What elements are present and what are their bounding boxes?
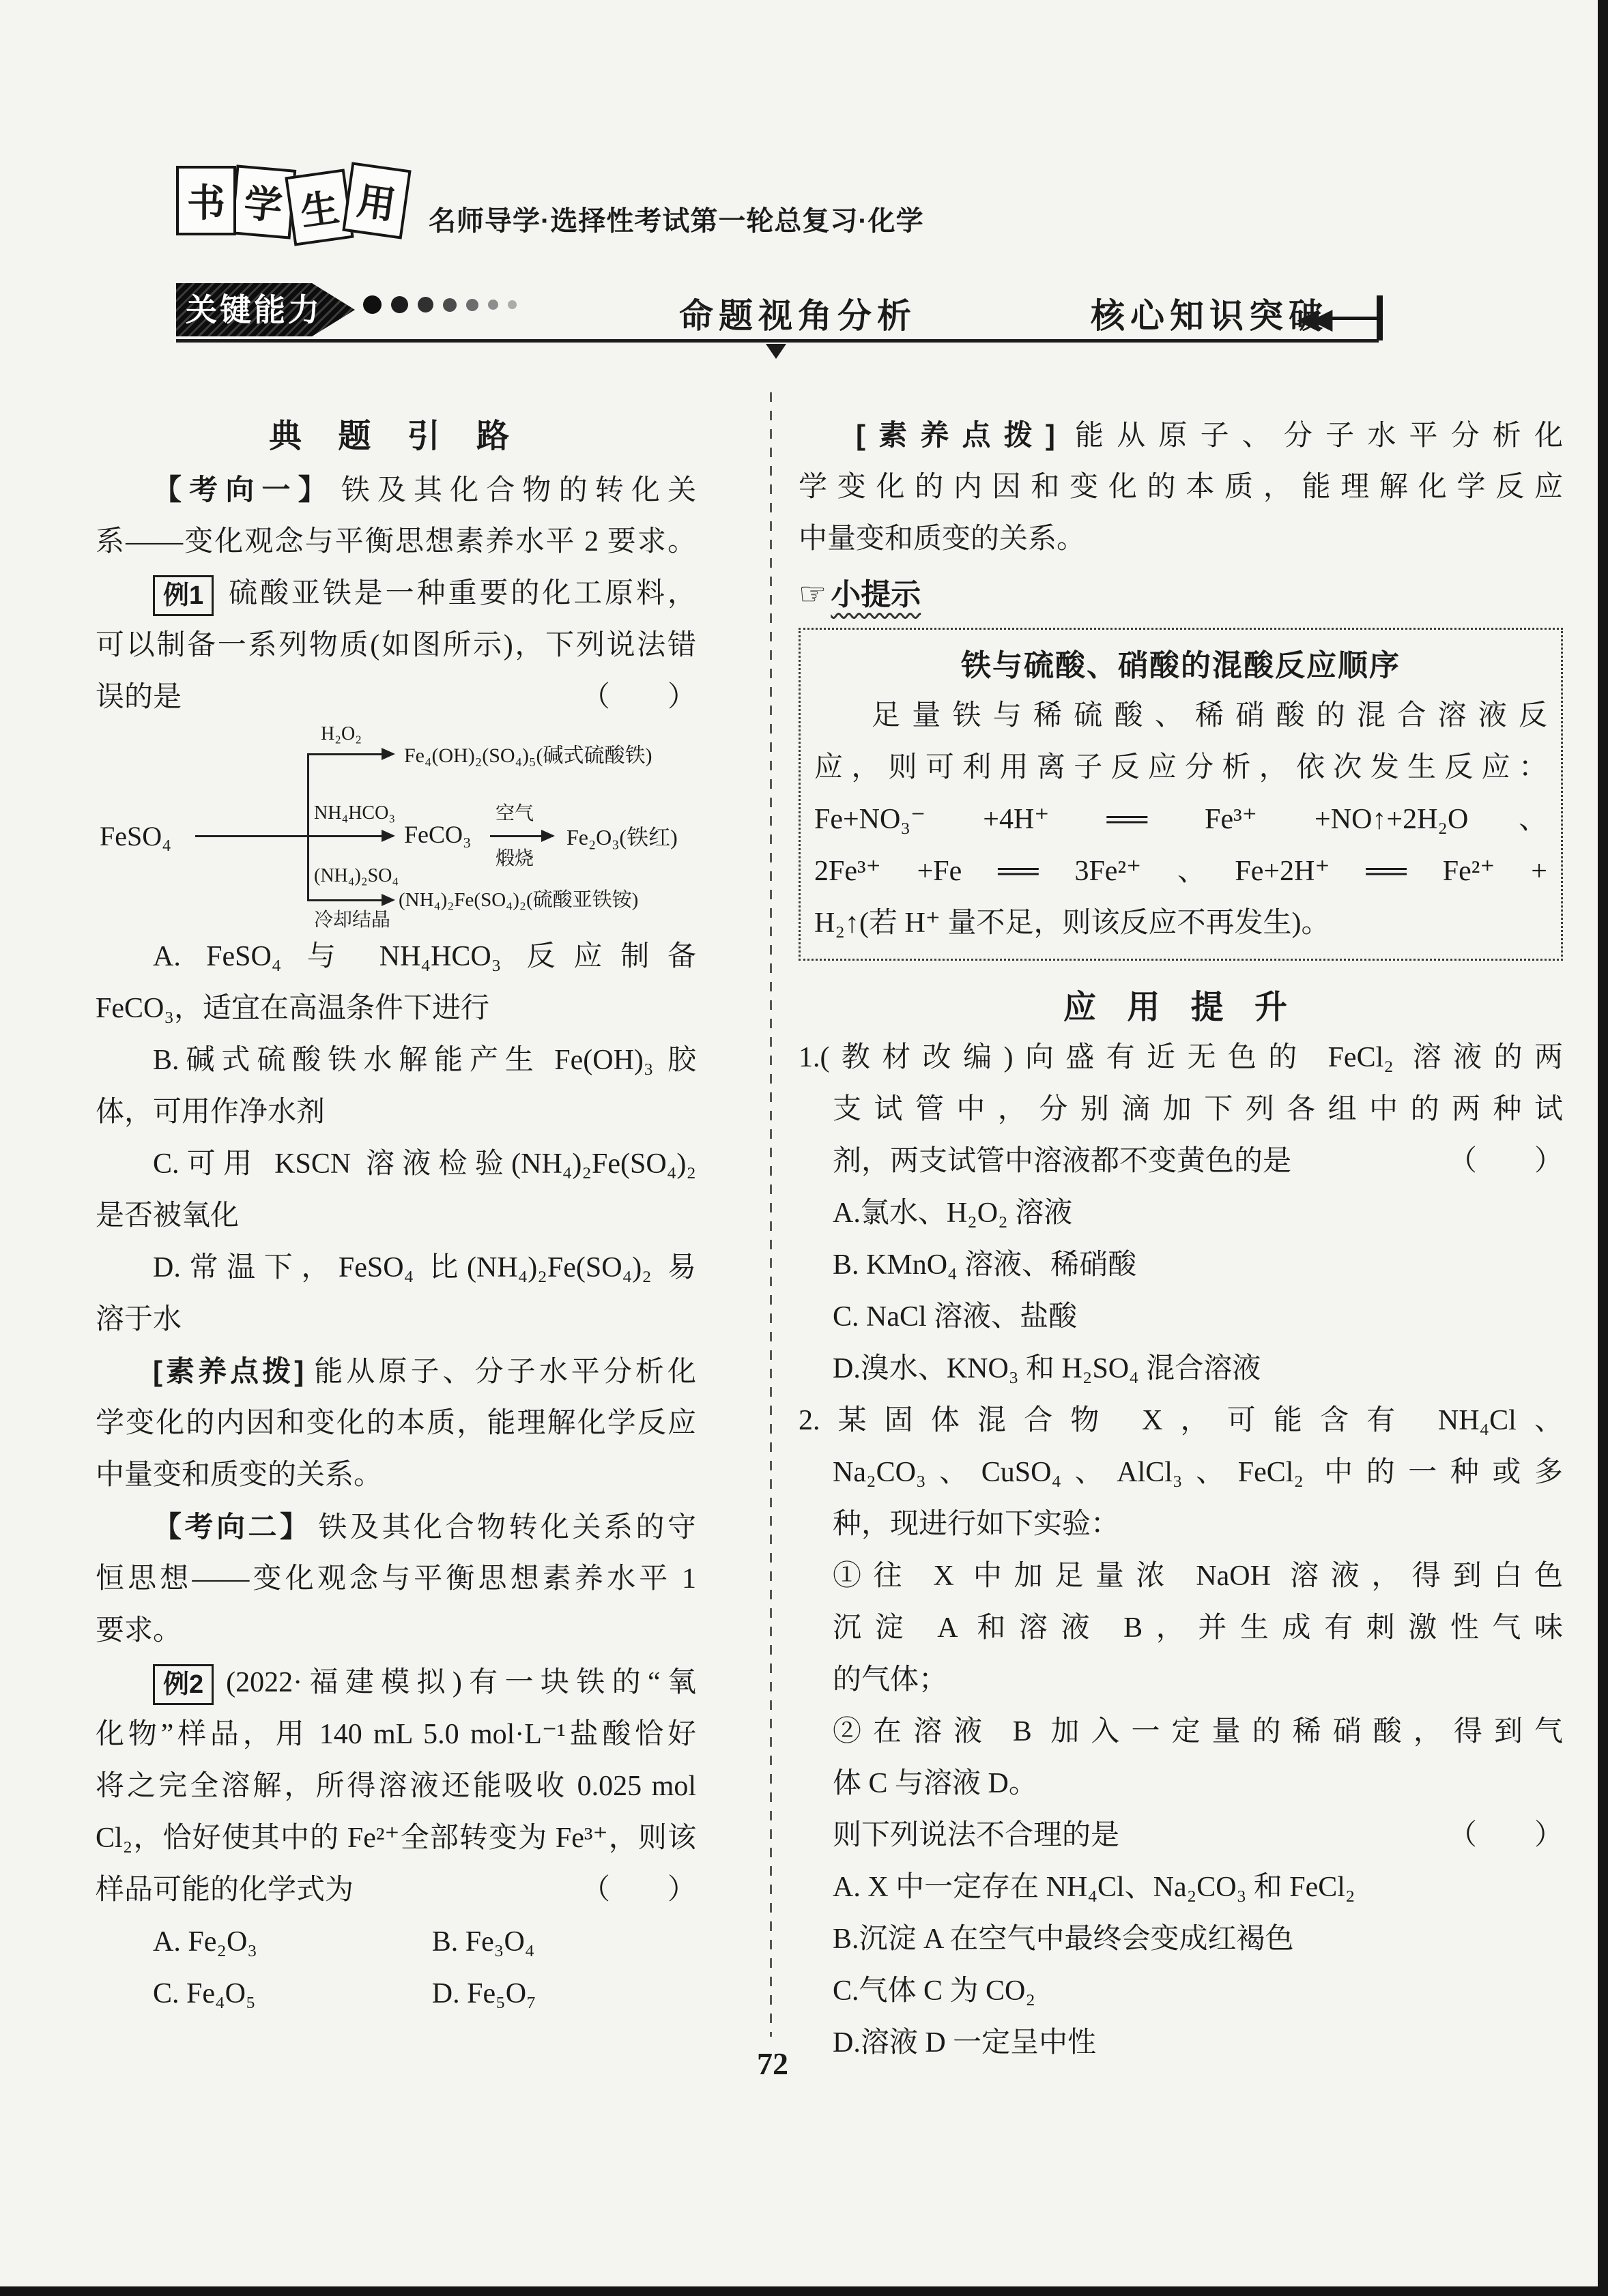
banner-title-right: 核心知识突破 bbox=[1091, 289, 1328, 338]
line-right-text: （ ） bbox=[582, 671, 696, 723]
line-text: (2022·福建模拟)有一块铁的“氧 bbox=[226, 1667, 696, 1698]
dot-icon bbox=[391, 296, 408, 313]
bold-label: 【考向二】 bbox=[153, 1511, 312, 1543]
line-text: 能从原子、分子水平分析化 bbox=[311, 1356, 696, 1388]
section-title-diantiyinlu: 典 题 引 路 bbox=[96, 409, 696, 464]
dot-icon bbox=[363, 295, 382, 314]
line-text: 化物”样品，用 140 mL 5.0 mol·L⁻¹盐酸恰好 bbox=[96, 1719, 696, 1750]
line-text: C. Fe₄O₅ bbox=[153, 1978, 256, 2009]
line-text: C. NaCl 溶液、盐酸 bbox=[833, 1301, 1077, 1333]
bold-label: [素养点拨] bbox=[856, 419, 1055, 451]
text-line: 沉淀 A 和溶液 B，并生成有刺激性气味 bbox=[799, 1602, 1563, 1654]
tip-text-line: 2Fe³⁺ +Fe ══ 3Fe²⁺ 、Fe+2H⁺ ══ Fe²⁺ + bbox=[814, 845, 1547, 897]
line-text: 学变化的内因和变化的本质，能理解化学反应 bbox=[96, 1408, 696, 1439]
line-right-text: （ ） bbox=[1448, 1135, 1563, 1187]
stem-line bbox=[195, 835, 307, 837]
product-3: (NH₄)₂Fe(SO₄)₂(硫酸亚铁铵) bbox=[399, 884, 638, 912]
text-line: 例2(2022·福建模拟)有一块铁的“氧 bbox=[96, 1657, 696, 1709]
text-line: 系——变化观念与平衡思想素养水平 2 要求。 bbox=[96, 516, 696, 568]
text-line: 剂，两支试管中溶液都不变黄色的是（ ） bbox=[799, 1135, 1563, 1187]
line-text: 剂，两支试管中溶液都不变黄色的是 bbox=[833, 1146, 1291, 1177]
bold-label: 【考向一】 bbox=[153, 474, 334, 506]
line-text: 体 C 与溶液 D。 bbox=[833, 1768, 1037, 1799]
column-divider bbox=[770, 392, 772, 2037]
text-line: 种，现进行如下实验： bbox=[799, 1498, 1563, 1550]
condition-top: 空气 bbox=[496, 798, 534, 826]
line-text: Fe+NO₃⁻ +4H⁺ ══ Fe³⁺ +NO↑+2H₂O、 bbox=[814, 804, 1547, 835]
line-text: 的气体； bbox=[833, 1664, 947, 1696]
keyword-badge: 关键能力 bbox=[176, 283, 355, 336]
tip-text-line: 足量铁与稀硫酸、稀硝酸的混合溶液反 bbox=[814, 690, 1547, 742]
arrow-2-icon bbox=[307, 835, 393, 837]
text-line: 样品可能的化学式为（ ） bbox=[96, 1864, 696, 1916]
line-text: 硫酸亚铁是一种重要的化工原料， bbox=[226, 578, 696, 609]
text-line: 支试管中，分别滴加下列各组中的两种试 bbox=[799, 1084, 1563, 1135]
line-text: 可以制备一系列物质(如图所示)，下列说法错 bbox=[96, 630, 696, 661]
text-line: B.碱式硫酸铁水解能产生 Fe(OH)₃ 胶 bbox=[96, 1034, 696, 1086]
text-line: D.常温下，FeSO₄ 比(NH₄)₂Fe(SO₄)₂ 易 bbox=[96, 1242, 696, 1294]
line-text: 要求。 bbox=[96, 1615, 182, 1646]
line-right-text: （ ） bbox=[582, 1864, 696, 1916]
text-line: 是否被氧化 bbox=[96, 1190, 696, 1242]
text-line: 中量变和质变的关系。 bbox=[96, 1449, 696, 1501]
text-line: ②在溶液 B 加入一定量的稀硝酸，得到气 bbox=[799, 1706, 1563, 1758]
text-line: 则下列说法不合理的是（ ） bbox=[799, 1810, 1563, 1861]
text-line: A.氯水、H₂O₂ 溶液 bbox=[799, 1187, 1563, 1239]
text-line: 【考向二】铁及其化合物转化关系的守 bbox=[96, 1501, 696, 1553]
text-line: Na₂CO₃、CuSO₄、AlCl₃、FeCl₂ 中的一种或多 bbox=[799, 1447, 1563, 1498]
text-line: B.沉淀 A 在空气中最终会变成红褐色 bbox=[799, 1913, 1563, 1965]
tip-box-title: 铁与硫酸、硝酸的混酸反应顺序 bbox=[814, 642, 1547, 690]
line-text: D.溴水、KNO₃ 和 H₂SO₄ 混合溶液 bbox=[833, 1353, 1261, 1384]
line-text: 能从原子、分子水平分析化 bbox=[1062, 420, 1563, 452]
line-text: 铁及其化合物转化关系的守 bbox=[319, 1512, 696, 1543]
arrow-3-icon bbox=[307, 899, 393, 901]
line-text: 中量变和质变的关系。 bbox=[96, 1459, 382, 1491]
text-line: Cl₂，恰好使其中的 Fe²⁺全部转变为 Fe³⁺，则该 bbox=[96, 1812, 696, 1864]
branch-line bbox=[307, 755, 309, 901]
bold-label: [素养点拨] bbox=[153, 1355, 304, 1387]
line-text: C.可用 KSCN 溶液检验(NH₄)₂Fe(SO₄)₂ bbox=[153, 1148, 696, 1180]
text-line: 学变化的内因和变化的本质，能理解化学反应 bbox=[799, 461, 1563, 513]
line-text: A. Fe₂O₃ bbox=[153, 1926, 257, 1958]
text-line: A. FeSO₄ 与 NH₄HCO₃ 反应制备 bbox=[96, 931, 696, 983]
line-text: FeCO₃，适宜在高温条件下进行 bbox=[96, 993, 489, 1024]
text-line: 误的是（ ） bbox=[96, 671, 696, 723]
logo-card: 生 bbox=[285, 169, 354, 246]
example-label: 例2 bbox=[153, 1664, 214, 1705]
text-line: C. Fe₄O₅D. Fe₅O₇ bbox=[96, 1968, 696, 2020]
line-text: A. X 中一定存在 NH₄Cl、Na₂CO₃ 和 FeCl₂ bbox=[833, 1872, 1355, 1903]
line-text: ①往 X 中加足量浓 NaOH 溶液，得到白色 bbox=[833, 1560, 1563, 1592]
line-right-text: B. Fe₃O₄ bbox=[432, 1916, 535, 1968]
text-line: D.溴水、KNO₃ 和 H₂SO₄ 混合溶液 bbox=[799, 1343, 1563, 1395]
text-line: C.气体 C 为 CO₂ bbox=[799, 1965, 1563, 2017]
text-line: 学变化的内因和变化的本质，能理解化学反应 bbox=[96, 1397, 696, 1449]
line-text: 足量铁与稀硫酸、稀硝酸的混合溶液反 bbox=[872, 700, 1547, 731]
text-line: 溶于水 bbox=[96, 1294, 696, 1346]
banner-pointer-icon bbox=[766, 344, 786, 359]
text-line: 体 C 与溶液 D。 bbox=[799, 1758, 1563, 1810]
tip-text-line: Fe+NO₃⁻ +4H⁺ ══ Fe³⁺ +NO↑+2H₂O、 bbox=[814, 794, 1547, 845]
dot-icon bbox=[443, 298, 457, 312]
dot-icon bbox=[418, 297, 433, 313]
text-line: C. NaCl 溶液、盐酸 bbox=[799, 1291, 1563, 1343]
dot-icon bbox=[466, 299, 478, 311]
line-text: 铁及其化合物的转化关 bbox=[341, 475, 696, 506]
text-line: 恒思想——变化观念与平衡思想素养水平 1 bbox=[96, 1553, 696, 1605]
line-text: B.沉淀 A 在空气中最终会变成红褐色 bbox=[833, 1923, 1294, 1955]
line-text: 1.(教材改编)向盛有近无色的 FeCl₂ 溶液的两 bbox=[799, 1042, 1563, 1073]
text-line: A. X 中一定存在 NH₄Cl、Na₂CO₃ 和 FeCl₂ bbox=[799, 1861, 1563, 1913]
line-text: 支试管中，分别滴加下列各组中的两种试 bbox=[833, 1094, 1563, 1125]
left-column: 典 题 引 路 【考向一】铁及其化合物的转化关 系——变化观念与平衡思想素养水平… bbox=[96, 409, 696, 2020]
progress-dots bbox=[363, 295, 517, 314]
text-line: C.可用 KSCN 溶液检验(NH₄)₂Fe(SO₄)₂ bbox=[96, 1138, 696, 1190]
line-right-text: （ ） bbox=[1448, 1810, 1563, 1861]
line-text: 系——变化观念与平衡思想素养水平 2 要求。 bbox=[96, 526, 696, 557]
source-formula: FeSO₄ bbox=[100, 820, 171, 852]
text-line: 化物”样品，用 140 mL 5.0 mol·L⁻¹盐酸恰好 bbox=[96, 1709, 696, 1760]
section-banner: 关键能力 命题视角分析 核心知识突破 ◀◀ bbox=[0, 276, 1608, 358]
line-text: 体，可用作净水剂 bbox=[96, 1096, 325, 1128]
publisher-logo: 学 生 用 书 bbox=[176, 166, 422, 248]
line-text: 样品可能的化学式为 bbox=[96, 1874, 354, 1906]
text-line: [素养点拨]能从原子、分子水平分析化 bbox=[96, 1346, 696, 1397]
text-line: A. Fe₂O₃B. Fe₃O₄ bbox=[96, 1916, 696, 1968]
text-line: B. KMnO₄ 溶液、稀硝酸 bbox=[799, 1239, 1563, 1291]
line-text: 应，则可利用离子反应分析，依次发生反应： bbox=[814, 752, 1547, 783]
line-text: B.碱式硫酸铁水解能产生 Fe(OH)₃ 胶 bbox=[153, 1045, 696, 1076]
back-arrows: ◀◀ bbox=[1297, 295, 1383, 340]
text-line: 可以制备一系列物质(如图所示)，下列说法错 bbox=[96, 620, 696, 671]
product-2: Fe₂O₃(铁红) bbox=[566, 820, 678, 852]
tip-text-line: 应，则可利用离子反应分析，依次发生反应： bbox=[814, 742, 1547, 794]
header-subtitle: 名师导学·选择性考试第一轮总复习·化学 bbox=[429, 199, 924, 238]
text-line: 体，可用作净水剂 bbox=[96, 1086, 696, 1138]
text-line: 将之完全溶解，所得溶液还能吸收 0.025 mol bbox=[96, 1760, 696, 1812]
condition-bottom: 煅烧 bbox=[496, 843, 534, 871]
line-text: A.氯水、H₂O₂ 溶液 bbox=[833, 1197, 1072, 1229]
line-text: 则下列说法不合理的是 bbox=[833, 1820, 1119, 1851]
text-line: 的气体； bbox=[799, 1654, 1563, 1706]
line-right-text: D. Fe₅O₇ bbox=[432, 1968, 536, 2020]
reagent-label-2: NH₄HCO₃ bbox=[314, 802, 395, 824]
line-text: Na₂CO₃、CuSO₄、AlCl₃、FeCl₂ 中的一种或多 bbox=[833, 1457, 1563, 1488]
line-text: 种，现进行如下实验： bbox=[833, 1509, 1119, 1540]
section-title-yingyongtisheng: 应 用 提 升 bbox=[799, 984, 1563, 1032]
line-text: H₂↑(若 H⁺ 量不足，则该反应不再发生)。 bbox=[814, 907, 1330, 939]
line-text: 2.某固体混合物 X，可能含有 NH₄Cl、 bbox=[799, 1405, 1563, 1436]
tip-label: 小提示 bbox=[831, 578, 921, 611]
right-column: [素养点拨]能从原子、分子水平分析化 学变化的内因和变化的本质，能理解化学反应 … bbox=[799, 409, 1563, 2069]
line-text: A. FeSO₄ 与 NH₄HCO₃ 反应制备 bbox=[153, 941, 696, 972]
condition-3: 冷却结晶 bbox=[314, 905, 390, 932]
banner-title-center: 命题视角分析 bbox=[679, 289, 917, 338]
example-label: 例1 bbox=[153, 575, 214, 616]
arrow-1-icon bbox=[307, 753, 393, 755]
tip-box: 铁与硫酸、硝酸的混酸反应顺序 足量铁与稀硫酸、稀硝酸的混合溶液反 应，则可利用离… bbox=[799, 628, 1563, 961]
line-text: D.溶液 D 一定呈中性 bbox=[833, 2027, 1096, 2059]
line-text: 是否被氧化 bbox=[96, 1200, 239, 1232]
pointing-hand-icon: ☞ bbox=[799, 575, 827, 612]
mid-product: FeCO₃ bbox=[404, 820, 472, 849]
text-line: ①往 X 中加足量浓 NaOH 溶液，得到白色 bbox=[799, 1550, 1563, 1602]
tip-text-line: H₂↑(若 H⁺ 量不足，则该反应不再发生)。 bbox=[814, 897, 1547, 949]
text-line: [素养点拨]能从原子、分子水平分析化 bbox=[799, 409, 1563, 461]
reagent-label-1: H₂O₂ bbox=[321, 723, 362, 745]
line-text: 溶于水 bbox=[96, 1304, 182, 1335]
text-line: D.溶液 D 一定呈中性 bbox=[799, 2017, 1563, 2069]
tip-row: ☞小提示 bbox=[799, 568, 1563, 620]
logo-card: 用 bbox=[342, 162, 411, 239]
text-line: 中量变和质变的关系。 bbox=[799, 513, 1563, 565]
dot-icon bbox=[508, 300, 517, 309]
line-text: D.常温下，FeSO₄ 比(NH₄)₂Fe(SO₄)₂ 易 bbox=[153, 1252, 696, 1283]
reaction-diagram: FeSO₄ H₂O₂ Fe₄(OH)₂(SO₄)₅(碱式硫酸铁) NH₄HCO₃… bbox=[96, 726, 696, 931]
line-text: C.气体 C 为 CO₂ bbox=[833, 1975, 1035, 2007]
arrow-end-bar bbox=[1377, 295, 1383, 340]
logo-card: 学 bbox=[231, 164, 297, 239]
line-text: 学变化的内因和变化的本质，能理解化学反应 bbox=[799, 471, 1563, 503]
text-line: 2.某固体混合物 X，可能含有 NH₄Cl、 bbox=[799, 1395, 1563, 1447]
textbook-page: 学 生 用 书 名师导学·选择性考试第一轮总复习·化学 关键能力 bbox=[0, 0, 1608, 2296]
line-text: 误的是 bbox=[96, 682, 182, 713]
text-line: 例1硫酸亚铁是一种重要的化工原料， bbox=[96, 568, 696, 620]
line-text: 恒思想——变化观念与平衡思想素养水平 1 bbox=[96, 1563, 696, 1595]
text-line: 1.(教材改编)向盛有近无色的 FeCl₂ 溶液的两 bbox=[799, 1032, 1563, 1084]
scan-edge-bottom bbox=[0, 2286, 1608, 2296]
line-text: 中量变和质变的关系。 bbox=[799, 523, 1085, 555]
double-left-arrow-icon: ◀◀ bbox=[1297, 302, 1325, 335]
dot-icon bbox=[488, 300, 498, 310]
scan-edge-right bbox=[1598, 0, 1608, 2296]
line-text: 2Fe³⁺ +Fe ══ 3Fe²⁺ 、Fe+2H⁺ ══ Fe²⁺ + bbox=[814, 856, 1547, 887]
page-number: 72 bbox=[732, 2046, 814, 2082]
text-line: 【考向一】铁及其化合物的转化关 bbox=[96, 464, 696, 516]
reagent-label-3: (NH₄)₂SO₄ bbox=[314, 865, 399, 887]
line-text: B. KMnO₄ 溶液、稀硝酸 bbox=[833, 1249, 1136, 1281]
text-line: 要求。 bbox=[96, 1605, 696, 1657]
product-1: Fe₄(OH)₂(SO₄)₅(碱式硫酸铁) bbox=[404, 738, 652, 768]
line-text: 将之完全溶解，所得溶液还能吸收 0.025 mol bbox=[96, 1771, 696, 1802]
line-text: ②在溶液 B 加入一定量的稀硝酸，得到气 bbox=[833, 1716, 1563, 1747]
arrow-line bbox=[1332, 317, 1377, 320]
line-text: Cl₂，恰好使其中的 Fe²⁺全部转变为 Fe³⁺，则该 bbox=[96, 1822, 696, 1854]
logo-card: 书 bbox=[176, 166, 236, 235]
banner-underline bbox=[176, 339, 1379, 343]
arrow-2b-icon bbox=[490, 835, 553, 837]
line-text: 沉淀 A 和溶液 B，并生成有刺激性气味 bbox=[833, 1612, 1563, 1644]
text-line: FeCO₃，适宜在高温条件下进行 bbox=[96, 983, 696, 1034]
